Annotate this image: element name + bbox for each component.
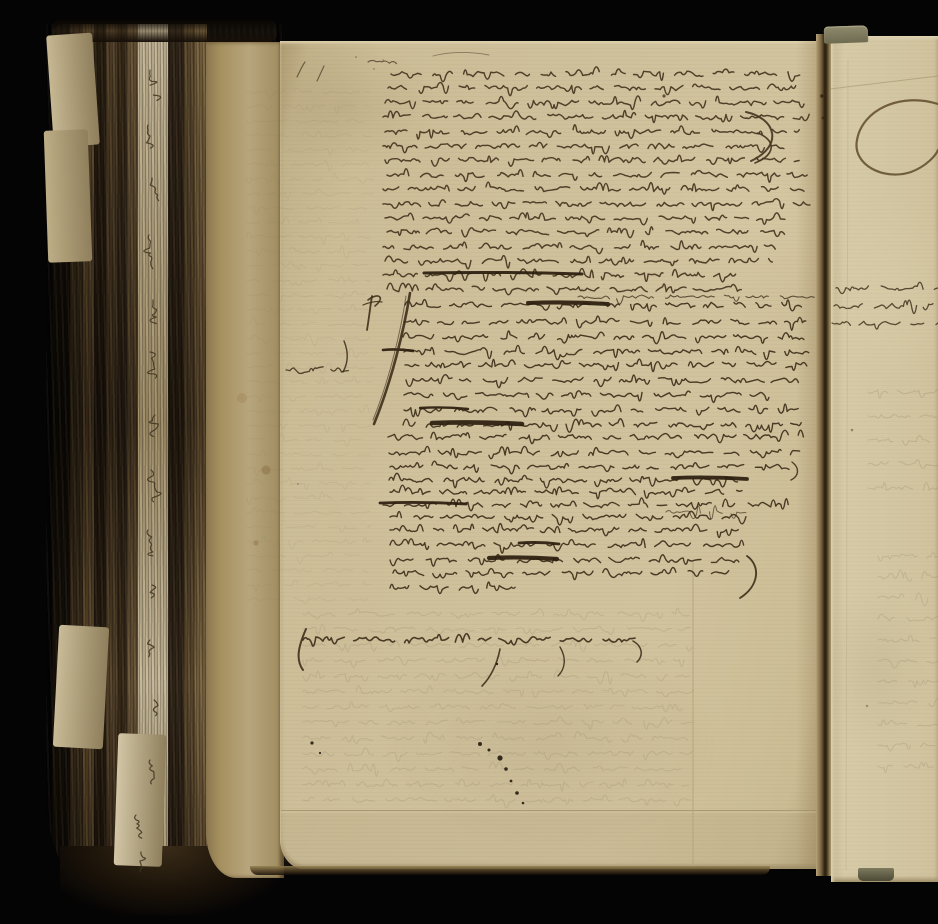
under-page-edge	[206, 42, 284, 878]
protruding-page-corner	[53, 625, 109, 749]
parchment-tab-bottom	[858, 868, 894, 881]
parchment-tab-top	[824, 25, 869, 44]
protruding-page-corner	[114, 733, 167, 867]
manuscript-photo	[0, 0, 938, 924]
page-edge-strip	[106, 24, 117, 904]
main-manuscript-page	[280, 41, 822, 869]
vertical-crease	[692, 560, 694, 866]
page-edge-strip	[184, 24, 195, 904]
bottom-under-pages-edge	[250, 866, 770, 875]
horizontal-fold-crease	[281, 810, 821, 868]
page-edge-strip	[168, 24, 184, 904]
page-edge-strip	[94, 24, 106, 904]
protruding-page-corner	[44, 129, 93, 262]
next-page-sliver	[831, 36, 938, 882]
